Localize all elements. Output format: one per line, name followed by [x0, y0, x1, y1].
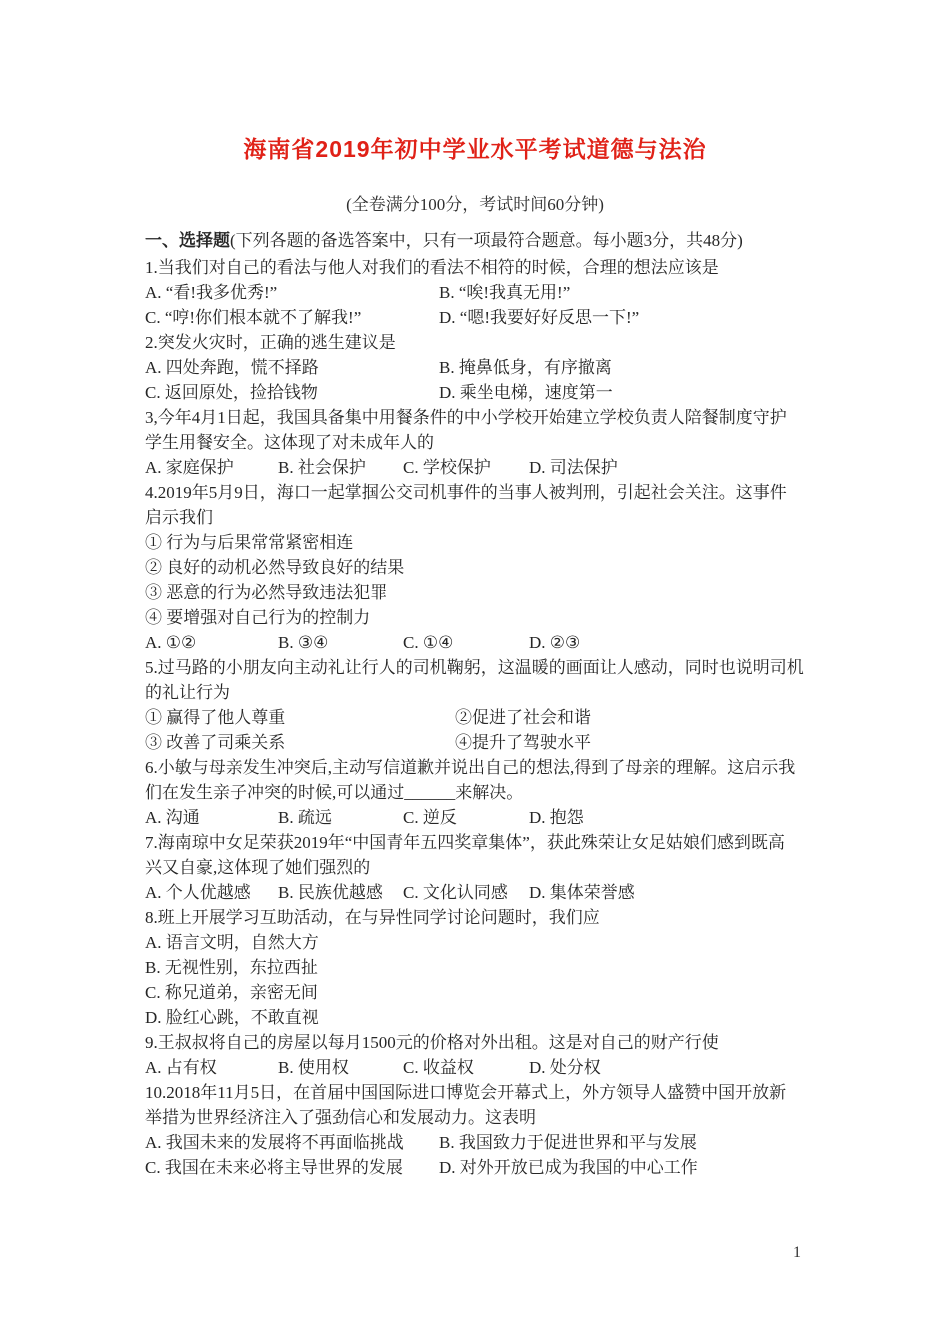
question-text: ③ 恶意的行为必然导致违法犯罪 [145, 583, 387, 602]
option-cell: D. 处分权 [529, 1058, 601, 1077]
question-text: 举措为世界经济注入了强劲信心和发展动力。这表明 [145, 1108, 536, 1127]
option-cell: A. “看!我多优秀!” [145, 280, 439, 305]
question-line: 3,今年4月1日起，我国具备集中用餐条件的中小学校开始建立学校负责人陪餐制度守护 [145, 405, 817, 430]
question-text: 4.2019年5月9日，海口一起掌掴公交司机事件的当事人被判刑，引起社会关注。这… [145, 483, 787, 502]
question-line: 们在发生亲子冲突的时候,可以通过______来解决。 [145, 780, 817, 805]
questions-list: 1.当我们对自己的看法与他人对我们的看法不相符的时候，合理的想法应该是A. “看… [145, 255, 817, 1180]
question-text: 8.班上开展学习互助活动，在与异性同学讨论问题时，我们应 [145, 908, 600, 927]
option-cell: D. ②③ [529, 633, 580, 652]
question-line: 学生用餐安全。这体现了对未成年人的 [145, 430, 817, 455]
question-text: 2.突发火灾时，正确的逃生建议是 [145, 333, 396, 352]
question-text: ② 良好的动机必然导致良好的结果 [145, 558, 404, 577]
option-cell: B. 使用权 [278, 1055, 403, 1080]
option-cell: B. 我国致力于促进世界和平与发展 [439, 1133, 697, 1152]
option-cell: D. 司法保护 [529, 458, 618, 477]
option-cell: C. ①④ [403, 630, 529, 655]
option-cell: C. 我国在未来必将主导世界的发展 [145, 1155, 439, 1180]
question-line: ③ 恶意的行为必然导致违法犯罪 [145, 580, 817, 605]
option-row: A. 占有权B. 使用权C. 收益权D. 处分权 [145, 1055, 817, 1080]
option-cell: B. “唉!我真无用!” [439, 283, 570, 302]
question-text: B. 无视性别，东拉西扯 [145, 958, 318, 977]
option-cell: ① 赢得了他人尊重 [145, 705, 455, 730]
option-cell: ②促进了社会和谐 [455, 708, 591, 727]
option-cell: A. 家庭保护 [145, 455, 278, 480]
question-text: 10.2018年11月5日，在首届中国国际进口博览会开幕式上，外方领导人盛赞中国… [145, 1083, 786, 1102]
option-row: A. 个人优越感B. 民族优越感C. 文化认同感D. 集体荣誉感 [145, 880, 817, 905]
question-line: ② 良好的动机必然导致良好的结果 [145, 555, 817, 580]
question-line: 启示我们 [145, 505, 817, 530]
question-text: 们在发生亲子冲突的时候,可以通过______来解决。 [145, 783, 523, 802]
option-cell: B. 社会保护 [278, 455, 403, 480]
option-cell: A. ①② [145, 630, 278, 655]
question-text: A. 语言文明，自然大方 [145, 933, 319, 952]
section-description: (下列各题的备选答案中，只有一项最符合题意。每小题3分，共48分) [230, 231, 743, 250]
question-text: 1.当我们对自己的看法与他人对我们的看法不相符的时候，合理的想法应该是 [145, 258, 719, 277]
question-line: 的礼让行为 [145, 680, 817, 705]
question-line: A. 语言文明，自然大方 [145, 930, 817, 955]
option-cell: D. 抱怨 [529, 808, 584, 827]
option-cell: D. 集体荣誉感 [529, 883, 635, 902]
option-row: ③ 改善了司乘关系④提升了驾驶水平 [145, 730, 817, 755]
option-cell: C. 返回原处，捡拾钱物 [145, 380, 439, 405]
question-line: ④ 要增强对自己行为的控制力 [145, 605, 817, 630]
question-line: 8.班上开展学习互助活动，在与异性同学讨论问题时，我们应 [145, 905, 817, 930]
option-cell: B. 掩鼻低身，有序撤离 [439, 358, 612, 377]
option-row: A. 我国未来的发展将不再面临挑战B. 我国致力于促进世界和平与发展 [145, 1130, 817, 1155]
question-line: ① 行为与后果常常紧密相连 [145, 530, 817, 555]
option-cell: B. 疏远 [278, 805, 403, 830]
question-line: C. 称兄道弟，亲密无间 [145, 980, 817, 1005]
question-text: 3,今年4月1日起，我国具备集中用餐条件的中小学校开始建立学校负责人陪餐制度守护 [145, 408, 787, 427]
option-row: C. 我国在未来必将主导世界的发展D. 对外开放已成为我国的中心工作 [145, 1155, 817, 1180]
option-cell: ③ 改善了司乘关系 [145, 730, 455, 755]
question-line: 9.王叔叔将自己的房屋以每月1500元的价格对外出租。这是对自己的财产行使 [145, 1030, 817, 1055]
section-label: 一、选择题 [145, 231, 230, 250]
option-row: A. 四处奔跑，慌不择路B. 掩鼻低身，有序撤离 [145, 355, 817, 380]
option-cell: A. 沟通 [145, 805, 278, 830]
question-text: 启示我们 [145, 508, 213, 527]
question-line: 2.突发火灾时，正确的逃生建议是 [145, 330, 817, 355]
question-line: 6.小敏与母亲发生冲突后,主动写信道歉并说出自己的想法,得到了母亲的理解。这启示… [145, 755, 817, 780]
option-cell: A. 占有权 [145, 1055, 278, 1080]
question-text: C. 称兄道弟，亲密无间 [145, 983, 318, 1002]
option-cell: C. 文化认同感 [403, 880, 529, 905]
question-text: 的礼让行为 [145, 683, 230, 702]
option-row: A. 沟通B. 疏远C. 逆反D. 抱怨 [145, 805, 817, 830]
question-text: D. 脸红心跳，不敢直视 [145, 1008, 319, 1027]
page-number: 1 [772, 1244, 822, 1262]
question-line: D. 脸红心跳，不敢直视 [145, 1005, 817, 1030]
option-cell: B. 民族优越感 [278, 880, 403, 905]
option-cell: ④提升了驾驶水平 [455, 733, 591, 752]
option-cell: D. “嗯!我要好好反思一下!” [439, 308, 639, 327]
question-line: 举措为世界经济注入了强劲信心和发展动力。这表明 [145, 1105, 817, 1130]
option-row: A. 家庭保护B. 社会保护C. 学校保护D. 司法保护 [145, 455, 817, 480]
question-text: 学生用餐安全。这体现了对未成年人的 [145, 433, 434, 452]
option-cell: D. 对外开放已成为我国的中心工作 [439, 1158, 698, 1177]
question-line: 7.海南琼中女足荣获2019年“中国青年五四奖章集体”，获此殊荣让女足姑娘们感到… [145, 830, 817, 855]
question-line: 1.当我们对自己的看法与他人对我们的看法不相符的时候，合理的想法应该是 [145, 255, 817, 280]
option-cell: B. ③④ [278, 630, 403, 655]
exam-page: 海南省2019年初中学业水平考试道德与法治 (全卷满分100分，考试时间60分钟… [0, 0, 950, 1344]
document-title: 海南省2019年初中学业水平考试道德与法治 [0, 131, 950, 164]
option-row: A. ①②B. ③④C. ①④D. ②③ [145, 630, 817, 655]
question-line: 兴又自豪,这体现了她们强烈的 [145, 855, 817, 880]
question-line: B. 无视性别，东拉西扯 [145, 955, 817, 980]
option-cell: C. 收益权 [403, 1055, 529, 1080]
option-cell: A. 四处奔跑，慌不择路 [145, 355, 439, 380]
section-heading: 一、选择题(下列各题的备选答案中，只有一项最符合题意。每小题3分，共48分) [145, 226, 815, 251]
option-cell: C. 逆反 [403, 805, 529, 830]
option-cell: C. “哼!你们根本就不了解我!” [145, 305, 439, 330]
question-text: 6.小敏与母亲发生冲突后,主动写信道歉并说出自己的想法,得到了母亲的理解。这启示… [145, 758, 795, 777]
option-row: C. 返回原处，捡拾钱物D. 乘坐电梯，速度第一 [145, 380, 817, 405]
question-line: 10.2018年11月5日，在首届中国国际进口博览会开幕式上，外方领导人盛赞中国… [145, 1080, 817, 1105]
option-cell: A. 个人优越感 [145, 880, 278, 905]
question-text: 兴又自豪,这体现了她们强烈的 [145, 858, 370, 877]
question-text: 7.海南琼中女足荣获2019年“中国青年五四奖章集体”，获此殊荣让女足姑娘们感到… [145, 833, 785, 852]
option-row: A. “看!我多优秀!”B. “唉!我真无用!” [145, 280, 817, 305]
document-subtitle: (全卷满分100分，考试时间60分钟) [0, 190, 950, 215]
question-text: 9.王叔叔将自己的房屋以每月1500元的价格对外出租。这是对自己的财产行使 [145, 1033, 719, 1052]
question-line: 4.2019年5月9日，海口一起掌掴公交司机事件的当事人被判刑，引起社会关注。这… [145, 480, 817, 505]
option-cell: C. 学校保护 [403, 455, 529, 480]
option-cell: D. 乘坐电梯，速度第一 [439, 383, 613, 402]
question-text: ④ 要增强对自己行为的控制力 [145, 608, 370, 627]
question-text: ① 行为与后果常常紧密相连 [145, 533, 353, 552]
option-row: C. “哼!你们根本就不了解我!”D. “嗯!我要好好反思一下!” [145, 305, 817, 330]
question-text: 5.过马路的小朋友向主动礼让行人的司机鞠躬，这温暖的画面让人感动，同时也说明司机 [145, 658, 804, 677]
question-line: 5.过马路的小朋友向主动礼让行人的司机鞠躬，这温暖的画面让人感动，同时也说明司机 [145, 655, 817, 680]
option-cell: A. 我国未来的发展将不再面临挑战 [145, 1130, 439, 1155]
option-row: ① 赢得了他人尊重②促进了社会和谐 [145, 705, 817, 730]
